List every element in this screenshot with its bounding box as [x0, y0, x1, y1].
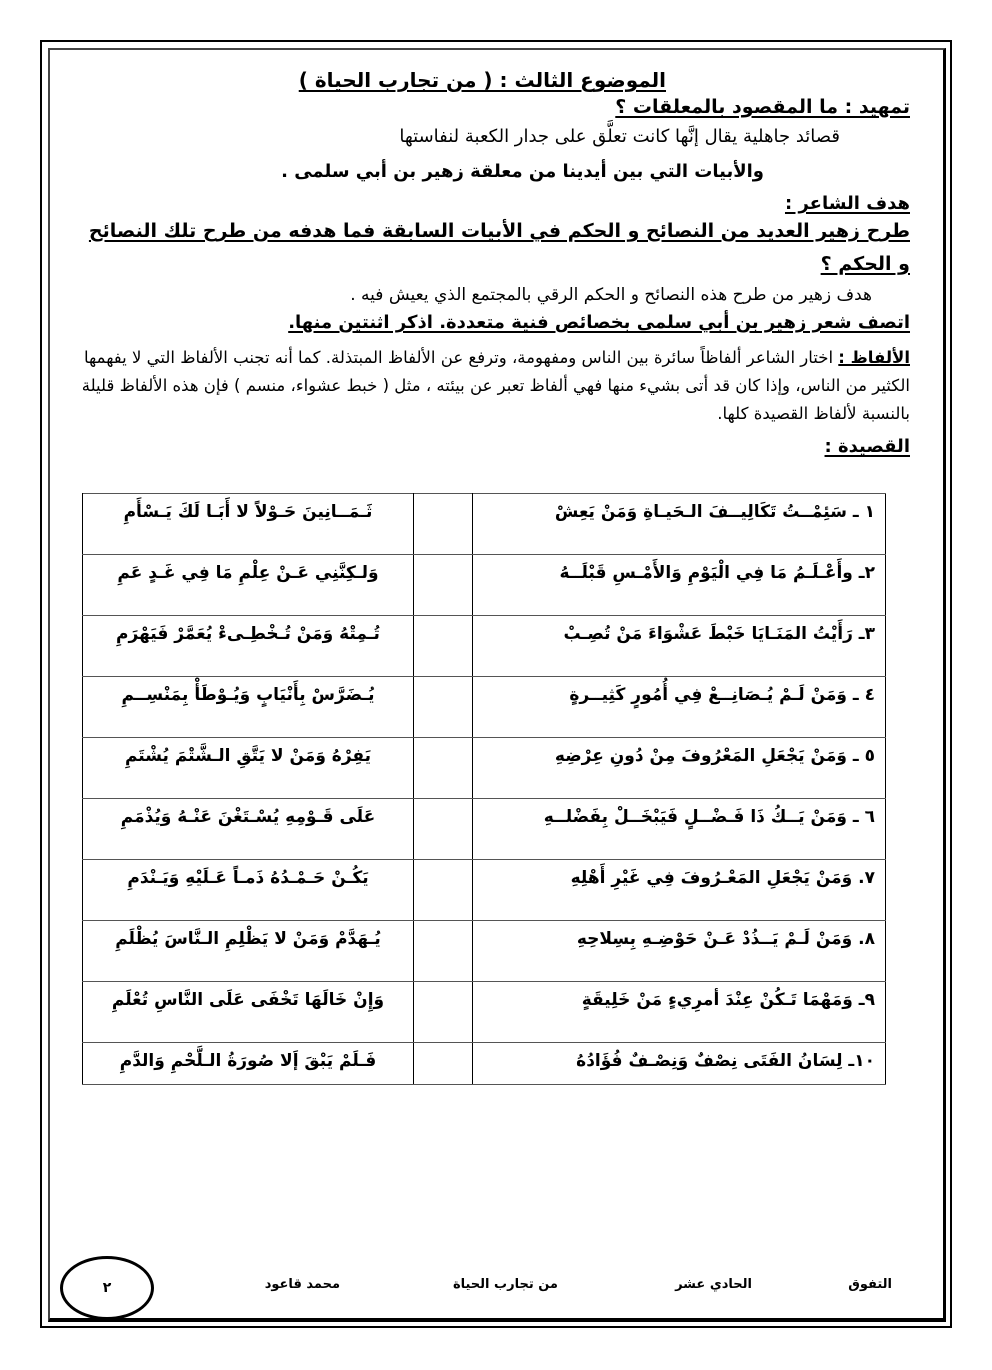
- verse-row: ١ ـ سَئِمْــتُ تَكَالِيــفَ الـحَيـاةِ و…: [83, 494, 886, 555]
- words-text: اختار الشاعر ألفاظاً سائرة بين الناس ومف…: [82, 348, 910, 423]
- verse-gap-cell: [414, 1043, 473, 1085]
- verse-row: ٨. وَمَنْ لَـمْ يَــذُدْ عَـنْ حَوْضِـهِ…: [83, 921, 886, 982]
- page-title: الموضوع الثالث : ( من تجارب الحياة ): [299, 70, 666, 90]
- verse-first-half: ١ ـ سَئِمْــتُ تَكَالِيــفَ الـحَيـاةِ و…: [473, 494, 885, 521]
- verse-gap-cell: [414, 738, 473, 799]
- verse-first-half: ٥ ـ وَمَنْ يَجْعَلِ المَعْرُوفَ مِنْ دُو…: [473, 738, 885, 765]
- verse-first-half: ٨. وَمَنْ لَـمْ يَــذُدْ عَـنْ حَوْضِـهِ…: [473, 921, 885, 948]
- intro-answer-line-2: والأبيات التي بين أيدينا من معلقة زهير ب…: [281, 163, 764, 181]
- verse-gap-cell: [414, 555, 473, 616]
- verse-first-half: ٧. وَمَنْ يَجْعَلِ المَعْـرُوفَ فِي غَيْ…: [473, 860, 885, 887]
- verse-first-half: ٢ـ وأَعْـلَـمُ مَا فِي الْيَوْمِ وَالأَم…: [473, 555, 885, 582]
- verse-row: ١٠ـ لِسَانُ الفَتَى نِصْفٌ وَنِصْـفٌ فُؤ…: [83, 1043, 886, 1085]
- verse-first-half: ٤ ـ وَمَنْ لَـمْ يُـصَانِــعْ فِي أُمُور…: [473, 677, 885, 704]
- words-label: الألفاظ :: [838, 348, 910, 367]
- verse-gap-cell: [414, 982, 473, 1043]
- poet-goal-question-line-2: و الحكم ؟: [821, 255, 910, 274]
- verse-row: ٧. وَمَنْ يَجْعَلِ المَعْـرُوفَ فِي غَيْ…: [83, 860, 886, 921]
- verse-second-half: وَلـكِنَّنِي عَـنْ عِلْمِ مَا فِي غَـدٍ …: [83, 555, 413, 582]
- verse-second-half: تُـمِتْهُ وَمَنْ تُـخْطِـىءْ يُعَمَّرْ ف…: [83, 616, 413, 643]
- verse-gap-cell: [414, 799, 473, 860]
- verse-row: ٦ ـ وَمَنْ يَــكُ ذَا فَـضْــلٍ فَيَبْخَ…: [83, 799, 886, 860]
- verse-first-half: ٦ ـ وَمَنْ يَــكُ ذَا فَـضْــلٍ فَيَبْخَ…: [473, 799, 885, 826]
- poet-goal-question-line-1: طرح زهير العديد من النصائح و الحكم في ال…: [89, 222, 910, 241]
- footer-teacher: محمد قاعود: [265, 1277, 340, 1292]
- words-paragraph: الألفاظ : اختار الشاعر ألفاظاً سائرة بين…: [60, 344, 910, 428]
- footer-school: التفوق: [848, 1277, 892, 1292]
- footer-grade: الحادي عشر: [675, 1277, 752, 1292]
- intro-answer-line-1: قصائد جاهلية يقال إنَّها كانت تعلَّق على…: [399, 128, 840, 146]
- verse-gap-cell: [414, 860, 473, 921]
- page-number-badge: ٢: [60, 1256, 154, 1320]
- verse-second-half: وَإِنْ خَالَهَا تَخْفَى عَلَى النَّاسِ ت…: [83, 982, 413, 1009]
- verse-second-half: فَـلَمْ يَبْقَ إَلا صُورَةُ الـلَّحْمِ و…: [83, 1043, 413, 1070]
- page-number: ٢: [103, 1280, 112, 1296]
- verse-second-half: يَكُـنْ حَـمْـدُهُ ذَمـاً عَـلَيْهِ وَيَ…: [83, 860, 413, 887]
- poet-goal-answer: هدف زهير من طرح هذه النصائح و الحكم الرق…: [350, 287, 872, 304]
- verse-gap-cell: [414, 616, 473, 677]
- verse-gap-cell: [414, 677, 473, 738]
- verse-second-half: يُـضَرَّسْ بِأَنْيَابٍ وَيُـوْطَأْ بِمَن…: [83, 677, 413, 704]
- verse-second-half: يَفِرْهُ وَمَنْ لا يَتَّقِ الـشَّتْمَ يُ…: [83, 738, 413, 765]
- verse-second-half: ثَـمَــانِينَ حَـوْلاً لا أَبَـا لَكَ يَ…: [83, 494, 413, 521]
- poem-table: ١ ـ سَئِمْــتُ تَكَالِيــفَ الـحَيـاةِ و…: [82, 493, 886, 1085]
- verse-row: ٥ ـ وَمَنْ يَجْعَلِ المَعْرُوفَ مِنْ دُو…: [83, 738, 886, 799]
- features-question: اتصف شعر زهير بن أبي سلمى بخصائص فنية مت…: [288, 314, 910, 332]
- verse-second-half: يُـهَدَّمْ وَمَنْ لا يَظْلِمِ الـنَّاسَ …: [83, 921, 413, 948]
- poem-heading: القصيدة :: [825, 438, 910, 456]
- verse-row: ٤ ـ وَمَنْ لَـمْ يُـصَانِــعْ فِي أُمُور…: [83, 677, 886, 738]
- verse-row: ٩ـ وَمَهْمَا تَـكُنْ عِنْدَ أمرِيءٍ مَنْ…: [83, 982, 886, 1043]
- footer-topic: من تجارب الحياة: [453, 1277, 558, 1292]
- verse-row: ٢ـ وأَعْـلَـمُ مَا فِي الْيَوْمِ وَالأَم…: [83, 555, 886, 616]
- intro-question: تمهيد : ما المقصود بالمعلقات ؟: [615, 98, 910, 117]
- verse-gap-cell: [414, 921, 473, 982]
- verse-first-half: ١٠ـ لِسَانُ الفَتَى نِصْفٌ وَنِصْـفٌ فُؤ…: [473, 1043, 885, 1070]
- poet-goal-heading: هدف الشاعر :: [785, 195, 910, 213]
- verse-row: ٣ـ رَأَيْتُ المَنَـايَا خَبْطَ عَشْوَاءَ…: [83, 616, 886, 677]
- verse-first-half: ٣ـ رَأَيْتُ المَنَـايَا خَبْطَ عَشْوَاءَ…: [473, 616, 885, 643]
- verse-first-half: ٩ـ وَمَهْمَا تَـكُنْ عِنْدَ أمرِيءٍ مَنْ…: [473, 982, 885, 1009]
- verse-second-half: عَلَى قَـوْمِهِ يُسْـتَغْنَ عَنْـهُ وَيُ…: [83, 799, 413, 826]
- verse-gap-cell: [414, 494, 473, 555]
